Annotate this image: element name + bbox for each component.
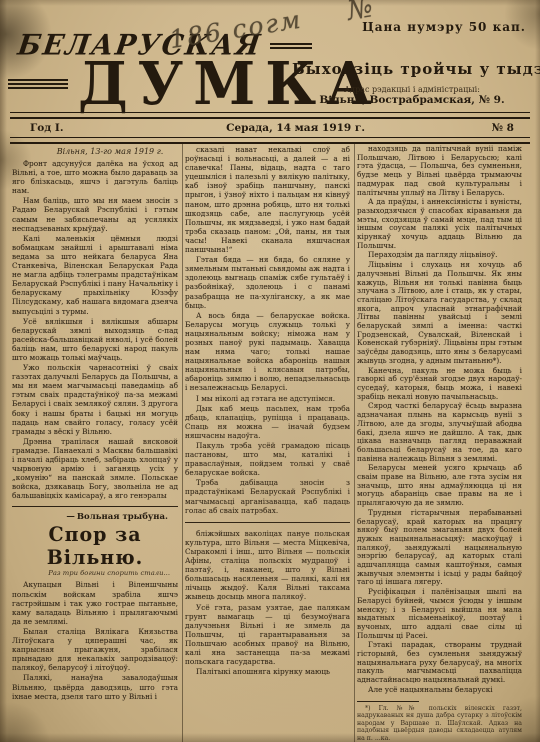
paragraph: Акупацыя Вільні і Віленшчыны польскім во… (12, 580, 178, 625)
paragraph: А да праўды, і аннексіяністы і вуністы, … (357, 198, 522, 250)
column-2: сказалі нават некалькі слоў аб роўнасьці… (182, 143, 354, 742)
paragraph: Палякі, нанаўна завалодаўшыя Вільняю, ць… (12, 673, 178, 700)
editorial-body-continued: сказалі нават некалькі слоў аб роўнасьці… (185, 145, 350, 515)
column-3: находзяць да палітычнай вуніі паміж Поль… (354, 143, 526, 742)
article-divider (185, 522, 350, 523)
paragraph: Трудныя гістарычныя перабываньні беларус… (357, 509, 522, 587)
paragraph: Гэтакі парадак, створаны труднай гісторы… (357, 641, 522, 685)
paragraph: бліжэйшых ваколіцах пануе польская культ… (185, 529, 350, 602)
footnote: *) Гл. №№ польскіх віленскіх газэт, надр… (357, 705, 522, 742)
address-value: Вільня, Вострабрамская, № 9. (292, 94, 532, 106)
date-bar-row: Год I. Серада, 14 мая 1919 г. № 8 (10, 119, 530, 137)
paragraph: Дык каб мець пасьпех, нам трэба дбаць, к… (185, 404, 350, 440)
footnote-divider (357, 701, 419, 702)
paragraph: Сярод часткі беларусаў ёсьць выразна адз… (357, 402, 522, 463)
paragraph: Гэтая бяда — ня бяда, бо сяляне у зямель… (185, 255, 350, 310)
paragraph: Пакуль трэба усёй грамадою пісаць пастан… (185, 441, 350, 477)
paragraph: Фронт адсунуўся далёка на ўсход ад Вільн… (12, 159, 178, 195)
article-epigraph: Раз три богини спорить стали... (12, 569, 178, 577)
paragraph: находзяць да палітычнай вуніі паміж Поль… (357, 145, 522, 197)
rule-top (10, 112, 530, 119)
article-columns: Вільня, 13-го мая 1919 г. Фронт адсунуўс… (10, 143, 532, 742)
frequency-label: Выходзіць тройчы у тыдзень. (292, 60, 532, 78)
rule-bottom (10, 137, 530, 144)
article-body-continued: бліжэйшых ваколіцах пануе польская культ… (185, 529, 350, 677)
article-body: Акупацыя Вільні і Віленшчыны польскім во… (12, 580, 178, 700)
paragraph: Пераходзім да пагляду ліцьвіноў. (357, 251, 522, 260)
paragraph: Усё гэта, разам узятае, дае палякам грун… (185, 603, 350, 667)
paragraph: Палітыкі апошняга кірунку маюць (185, 667, 350, 676)
paragraph: Русіфікацыя і палёнізацыя шылі на Белару… (357, 588, 522, 640)
masthead-right: Цана нумэру 50 кап. Выходзіць тройчы у т… (292, 20, 532, 106)
article-title: Спор за Вільню. (12, 523, 178, 569)
paragraph: сказалі нават некалькі слоў аб роўнасьці… (185, 145, 350, 254)
paragraph: Былая сталіца Вялікага Князьства Літоўск… (12, 627, 178, 672)
issue-date: Серада, 14 мая 1919 г. (226, 122, 365, 134)
paragraph: І мы ніколі ад гэтага не адступімся. (185, 394, 350, 403)
newspaper-page: 186 согм№ БЕЛАРУСКАЯ ДУМКА Цана нумэру 5… (0, 0, 540, 742)
editorial-body: Фронт адсунуўся далёка на ўсход ад Вільн… (12, 159, 178, 500)
section-header: Вольная трыбуна. (12, 512, 178, 522)
article-body-continued-2: находзяць да палітычнай вуніі паміж Поль… (357, 145, 522, 695)
decorative-triple-lines-icon (8, 77, 68, 91)
paragraph: Калі маленькія цёмныя людзі вобмацкам зн… (12, 234, 178, 316)
address-caption: Адрас рэдакцыі і адміністрацыі: (292, 85, 532, 94)
paragraph: Канечна, пакуль не можа быць і гаворкі а… (357, 367, 522, 402)
paragraph: Дрэнна трапілася нашай вясковой грамадзе… (12, 437, 178, 501)
volume-label: Год I. (30, 122, 63, 134)
section-divider (12, 506, 178, 507)
paragraph: Але усё нацыянальны беларускі (357, 686, 522, 695)
column-1: Вільня, 13-го мая 1919 г. Фронт адсунуўс… (10, 143, 182, 742)
paragraph: Усё вялікшыя і вялікшыя абшары беларуска… (12, 317, 178, 362)
paragraph: Беларусы меней усяго крычаць аб сваім пр… (357, 464, 522, 508)
editorial-dateline: Вільня, 13-го мая 1919 г. (42, 147, 178, 156)
paragraph: Ужо польскія чарнасотнікі ў сваіх газэта… (12, 363, 178, 436)
paragraph: Трэба дабівацца зносін з прадстаўнікамі … (185, 478, 350, 514)
paragraph: А вось бяда — беларускае войска. Беларус… (185, 311, 350, 393)
paragraph: Нам баліць, што мы ня маем зносін з Рада… (12, 196, 178, 232)
paragraph: Ліцьвіны і слухаць ня хочуць аб далучэнь… (357, 261, 522, 365)
date-bar: Год I. Серада, 14 мая 1919 г. № 8 (10, 112, 530, 144)
handwritten-mark: № (345, 0, 377, 27)
issue-number: № 8 (492, 122, 514, 134)
